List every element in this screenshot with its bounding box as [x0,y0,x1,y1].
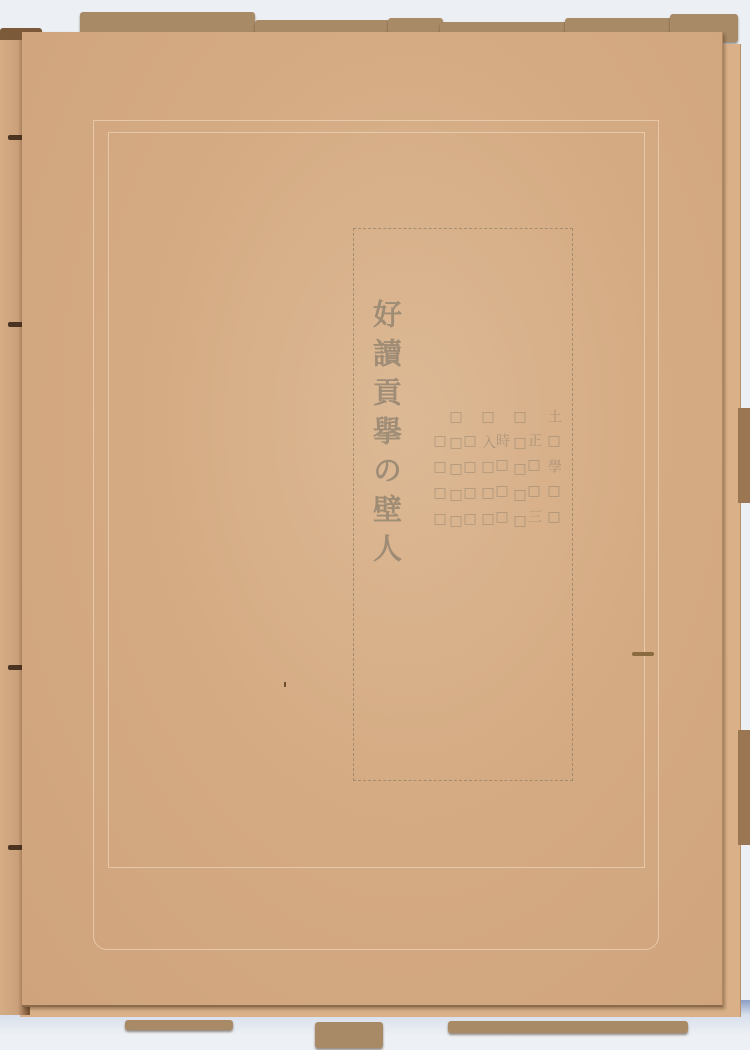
credit-name: □□□□ [462,433,478,537]
torn-cover-fragment [448,1021,688,1033]
ink-speck [284,682,286,687]
credit-role: 土□學□□ [544,409,564,535]
torn-edge-tab [738,408,750,503]
paper-fiber-mark [632,652,654,656]
credit-column: 土□學□□ 正□□三 [524,409,564,535]
title-text: 好讀貢擧の壁人 [370,299,402,572]
torn-cover-fragment [125,1020,233,1030]
credit-column: □入□□□ □□□□ [462,409,498,537]
credit-role: □入□□□ [478,409,498,537]
title-label-box: 好讀貢擧の壁人 土□學□□ 正□□三 □□□□□ 時□□□ □入□□□ □□□□… [353,228,573,781]
page: 好讀貢擧の壁人 土□學□□ 正□□三 □□□□□ 時□□□ □入□□□ □□□□… [22,32,723,1007]
credit-name: □□□□ [432,433,448,539]
credit-role: □□□□□ [448,409,464,539]
torn-edge-tab [738,730,750,845]
torn-cover-fragment [315,1022,383,1048]
credit-column: □□□□□ □□□□ [432,409,464,539]
credit-role: □□□□□ [512,409,528,539]
